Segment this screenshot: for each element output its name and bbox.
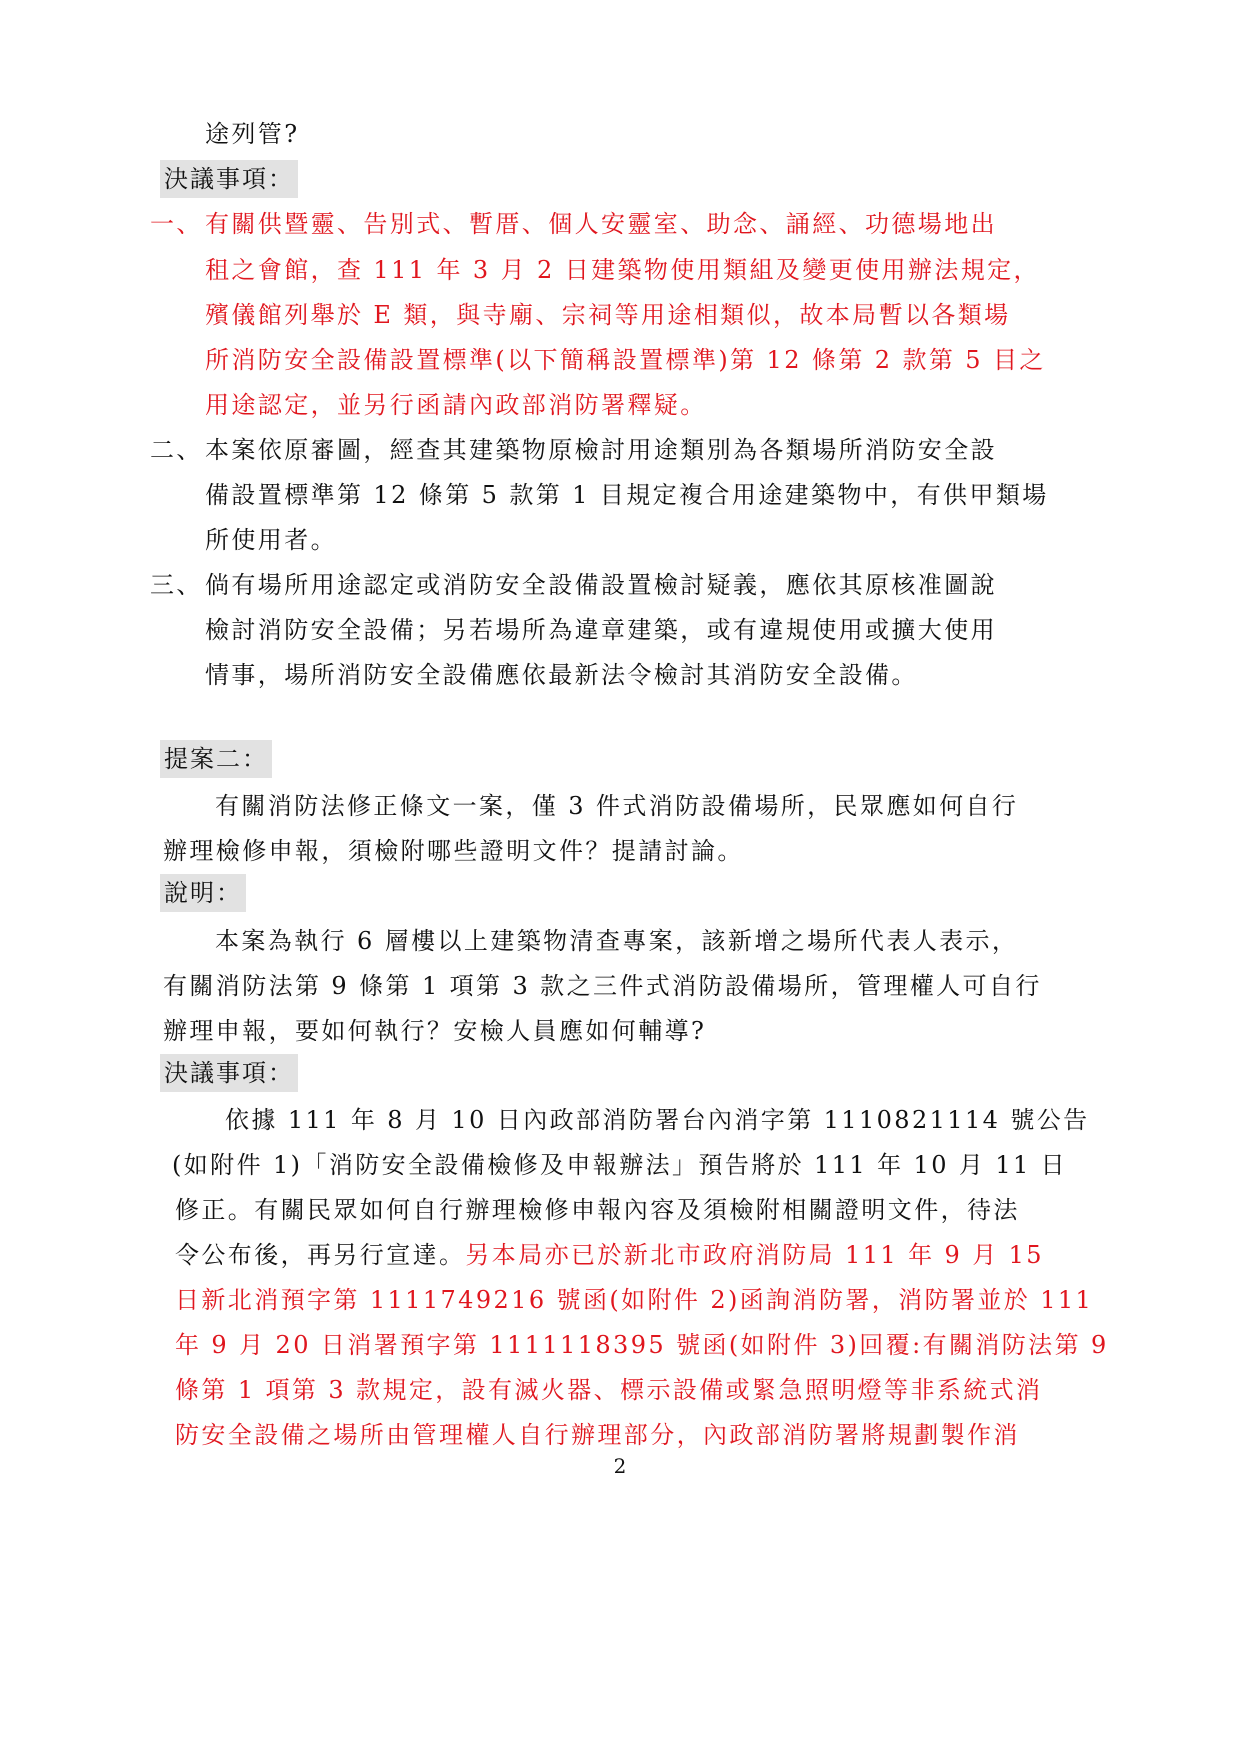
resolution-label: 決議事項： [160,160,298,198]
item-2-line-1: 本案依原審圖，經查其建築物原檢討用途類別為各類場所消防安全設 [205,434,997,466]
explanation-line-1: 本案為執行 6 層樓以上建築物清查專案，該新增之場所代表人表示， [215,925,1018,957]
proposal-2-line-2: 辦理檢修申報，須檢附哪些證明文件？提請討論。 [163,835,744,867]
resolution-line-5: 日新北消預字第 1111749216 號函(如附件 2)函詢消防署，消防署並於 … [175,1284,1093,1316]
resolution-line-4: 令公布後，再另行宣達。另本局亦已於新北市政府消防局 111 年 9 月 15 [175,1239,1044,1271]
item-3-line-3: 情事，場所消防安全設備應依最新法令檢討其消防安全設備。 [205,659,918,691]
resolution-line-1: 依據 111 年 8 月 10 日內政部消防署台內消字第 1110821114 … [225,1104,1090,1136]
item-2-line-3: 所使用者。 [205,524,337,556]
document-page: 途列管? 決議事項： 一、 有關供暨靈、告別式、暫厝、個人安靈室、助念、誦經、功… [0,0,1240,1754]
item-3-line-2: 檢討消防安全設備；另若場所為違章建築，或有違規使用或擴大使用 [205,614,997,646]
item-1-line-5: 用途認定，並另行函請內政部消防署釋疑。 [205,389,707,421]
resolution-line-3-black: 修正。有關民眾如何自行辦理檢修申報內容及須檢附相關證明文件，待法 [175,1196,1020,1224]
resolution-line-1-black: 依據 111 年 8 月 10 日內政部消防署台內消字第 1110821114 … [225,1106,1090,1134]
explanation-label: 說明： [160,874,246,912]
explanation-line-2: 有關消防法第 9 條第 1 項第 3 款之三件式消防設備場所，管理權人可自行 [163,970,1042,1002]
item-1-line-1: 有關供暨靈、告別式、暫厝、個人安靈室、助念、誦經、功德場地出 [205,208,997,240]
item-2-line-2: 備設置標準第 12 條第 5 款第 1 目規定複合用途建築物中，有供甲類場 [205,479,1049,511]
resolution-line-2-black: (如附件 1)「消防安全設備檢修及申報辦法」預告將於 111 年 10 月 11… [172,1151,1067,1179]
item-3-marker: 三、 [150,569,203,601]
resolution-line-2: (如附件 1)「消防安全設備檢修及申報辦法」預告將於 111 年 10 月 11… [172,1149,1067,1181]
item-1-line-4: 所消防安全設備設置標準(以下簡稱設置標準)第 12 條第 2 款第 5 目之 [205,344,1046,376]
item-1-marker: 一、 [150,208,203,240]
proposal-2-resolution-label: 決議事項： [160,1054,298,1092]
explanation-line-3: 辦理申報，要如何執行？安檢人員應如何輔導? [163,1015,706,1047]
page-number: 2 [0,1452,1240,1480]
item-1-line-2: 租之會館，查 111 年 3 月 2 日建築物使用類組及變更使用辦法規定， [205,254,1040,286]
resolution-line-6: 年 9 月 20 日消署預字第 1111118395 號函(如附件 3)回覆:有… [175,1329,1109,1361]
resolution-line-3: 修正。有關民眾如何自行辦理檢修申報內容及須檢附相關證明文件，待法 [175,1194,1020,1226]
item-1-line-3: 殯儀館列舉於 E 類，與寺廟、宗祠等用途相類似，故本局暫以各類場 [205,299,1011,331]
proposal-2-label: 提案二： [160,740,272,778]
item-3-line-1: 倘有場所用途認定或消防安全設備設置檢討疑義，應依其原核准圖說 [205,569,997,601]
resolution-line-4-red: 另本局亦已於新北市政府消防局 111 年 9 月 15 [465,1241,1044,1269]
resolution-line-7: 條第 1 項第 3 款規定，設有滅火器、標示設備或緊急照明燈等非系統式消 [175,1374,1042,1406]
carryover-text: 途列管? [205,118,299,150]
item-2-marker: 二、 [150,434,203,466]
proposal-2-line-1: 有關消防法修正條文一案，僅 3 件式消防設備場所，民眾應如何自行 [215,790,1018,822]
resolution-line-4-black: 令公布後，再另行宣達。 [175,1241,465,1269]
resolution-line-8: 防安全設備之場所由管理權人自行辦理部分，內政部消防署將規劃製作消 [175,1419,1020,1451]
